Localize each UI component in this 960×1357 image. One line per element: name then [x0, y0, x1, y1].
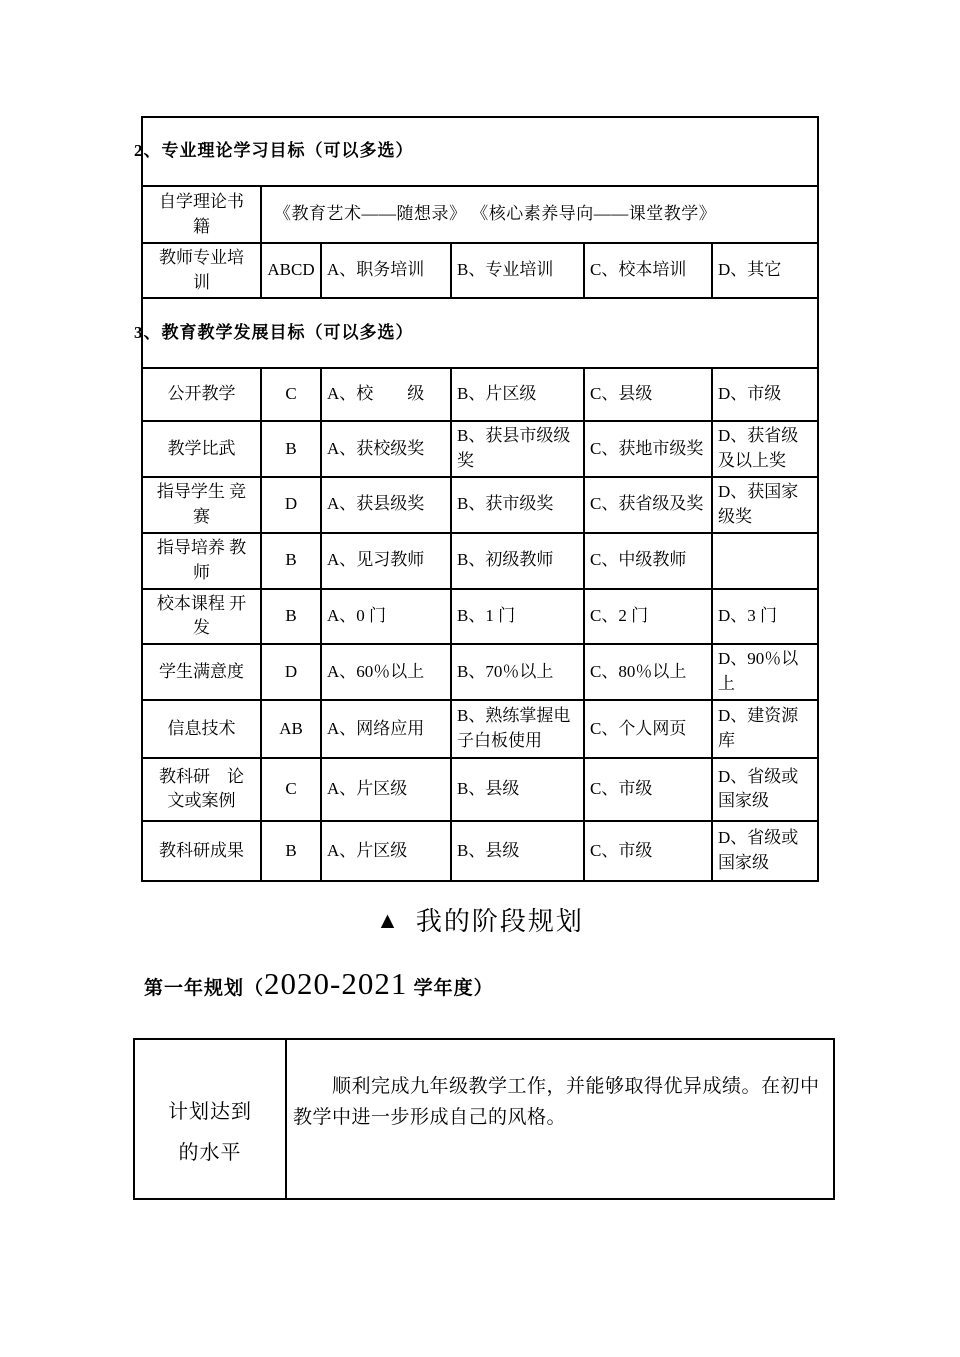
option-b-cell: B、初级教师: [451, 533, 584, 589]
plan-level-label: 计划达到 的水平: [134, 1039, 286, 1199]
answer-cell: B: [261, 533, 321, 589]
row-label: 教科研 论 文或案例: [142, 758, 261, 821]
answer-cell: C: [261, 758, 321, 821]
school-year-value: 2020-2021: [264, 966, 407, 1001]
option-b-cell: B、熟练掌握电 子白板使用: [451, 700, 584, 758]
option-b-cell: B、县级: [451, 758, 584, 821]
answer-cell: B: [261, 821, 321, 881]
answer-cell: D: [261, 644, 321, 700]
option-d-cell: D、3 门: [712, 589, 818, 644]
training-option-b: B、专业培训: [451, 243, 584, 298]
option-a-cell: A、见习教师: [321, 533, 451, 589]
option-a-cell: A、片区级: [321, 758, 451, 821]
self-study-books: 《教育艺术——随想录》 《核心素养导向——课堂教学》: [261, 186, 818, 243]
goals-table: 2、专业理论学习目标（可以多选） 自学理论书 籍 《教育艺术——随想录》 《核心…: [141, 116, 819, 882]
option-d-cell: D、省级或 国家级: [712, 758, 818, 821]
stage-plan-heading: ▲我的阶段规划: [0, 901, 960, 938]
row-label: 教学比武: [142, 421, 261, 476]
training-label: 教师专业培 训: [142, 243, 261, 298]
section-2-header: 2、专业理论学习目标（可以多选）: [142, 117, 818, 186]
answer-cell: AB: [261, 700, 321, 758]
first-year-plan-suffix: 学年度）: [407, 978, 493, 999]
option-d-cell: D、建资源 库: [712, 700, 818, 758]
training-option-d: D、其它: [712, 243, 818, 298]
option-c-cell: C、获省级及奖: [584, 477, 712, 533]
row-label: 指导培养 教 师: [142, 533, 261, 589]
self-study-row: 自学理论书 籍 《教育艺术——随想录》 《核心素养导向——课堂教学》: [142, 186, 818, 243]
option-c-cell: C、2 门: [584, 589, 712, 644]
goal-row: 教科研成果 B A、片区级 B、县级 C、市级 D、省级或 国家级: [142, 821, 818, 881]
answer-cell: D: [261, 477, 321, 533]
goal-row: 学生满意度 D A、60％以上 B、70％以上 C、80％以上 D、90％以 上: [142, 644, 818, 700]
option-b-cell: B、70％以上: [451, 644, 584, 700]
option-a-cell: A、校 级: [321, 368, 451, 421]
document-page: 2、专业理论学习目标（可以多选） 自学理论书 籍 《教育艺术——随想录》 《核心…: [0, 0, 960, 1357]
goal-row: 指导培养 教 师 B A、见习教师 B、初级教师 C、中级教师: [142, 533, 818, 589]
option-a-cell: A、60％以上: [321, 644, 451, 700]
option-a-cell: A、0 门: [321, 589, 451, 644]
row-label: 教科研成果: [142, 821, 261, 881]
option-c-cell: C、获地市级奖: [584, 421, 712, 476]
section-3-header: 3、教育教学发展目标（可以多选）: [142, 298, 818, 368]
training-answer: ABCD: [261, 243, 321, 298]
goal-row: 教科研 论 文或案例 C A、片区级 B、县级 C、市级 D、省级或 国家级: [142, 758, 818, 821]
answer-cell: B: [261, 589, 321, 644]
first-year-plan-title: 第一年规划（2020-2021 学年度）: [144, 966, 494, 1002]
option-d-cell: D、获省级 及以上奖: [712, 421, 818, 476]
goal-row: 校本课程 开 发 B A、0 门 B、1 门 C、2 门 D、3 门: [142, 589, 818, 644]
training-option-c: C、校本培训: [584, 243, 712, 298]
option-d-cell: D、获国家 级奖: [712, 477, 818, 533]
option-b-cell: B、1 门: [451, 589, 584, 644]
self-study-label: 自学理论书 籍: [142, 186, 261, 243]
answer-cell: C: [261, 368, 321, 421]
option-b-cell: B、获县市级级 奖: [451, 421, 584, 476]
option-c-cell: C、80％以上: [584, 644, 712, 700]
option-d-cell: D、省级或 国家级: [712, 821, 818, 881]
option-d-cell: [712, 533, 818, 589]
option-a-cell: A、获校级奖: [321, 421, 451, 476]
triangle-icon: ▲: [376, 908, 399, 933]
option-c-cell: C、市级: [584, 821, 712, 881]
option-d-cell: D、市级: [712, 368, 818, 421]
goal-row: 指导学生 竞 赛 D A、获县级奖 B、获市级奖 C、获省级及奖 D、获国家 级…: [142, 477, 818, 533]
option-c-cell: C、个人网页: [584, 700, 712, 758]
section-3-header-row: 3、教育教学发展目标（可以多选）: [142, 298, 818, 368]
row-label: 指导学生 竞 赛: [142, 477, 261, 533]
option-a-cell: A、网络应用: [321, 700, 451, 758]
row-label: 校本课程 开 发: [142, 589, 261, 644]
option-c-cell: C、市级: [584, 758, 712, 821]
goal-row: 信息技术 AB A、网络应用 B、熟练掌握电 子白板使用 C、个人网页 D、建资…: [142, 700, 818, 758]
row-label: 公开教学: [142, 368, 261, 421]
training-row: 教师专业培 训 ABCD A、职务培训 B、专业培训 C、校本培训 D、其它: [142, 243, 818, 298]
goal-row: 公开教学 C A、校 级 B、片区级 C、县级 D、市级: [142, 368, 818, 421]
option-b-cell: B、获市级奖: [451, 477, 584, 533]
training-option-a: A、职务培训: [321, 243, 451, 298]
option-a-cell: A、片区级: [321, 821, 451, 881]
goal-row: 教学比武 B A、获校级奖 B、获县市级级 奖 C、获地市级奖 D、获省级 及以…: [142, 421, 818, 476]
plan-level-content: 顺利完成九年级教学工作，并能够取得优异成绩。在初中 教学中进一步形成自己的风格。: [286, 1039, 834, 1199]
row-label: 学生满意度: [142, 644, 261, 700]
option-c-cell: C、县级: [584, 368, 712, 421]
plan-row: 计划达到 的水平 顺利完成九年级教学工作，并能够取得优异成绩。在初中 教学中进一…: [134, 1039, 834, 1199]
row-label: 信息技术: [142, 700, 261, 758]
section-2-header-row: 2、专业理论学习目标（可以多选）: [142, 117, 818, 186]
option-a-cell: A、获县级奖: [321, 477, 451, 533]
option-c-cell: C、中级教师: [584, 533, 712, 589]
option-b-cell: B、县级: [451, 821, 584, 881]
option-d-cell: D、90％以 上: [712, 644, 818, 700]
first-year-plan-prefix: 第一年规划（: [144, 978, 264, 999]
plan-table: 计划达到 的水平 顺利完成九年级教学工作，并能够取得优异成绩。在初中 教学中进一…: [133, 1038, 835, 1200]
answer-cell: B: [261, 421, 321, 476]
option-b-cell: B、片区级: [451, 368, 584, 421]
stage-plan-heading-text: 我的阶段规划: [416, 907, 584, 936]
